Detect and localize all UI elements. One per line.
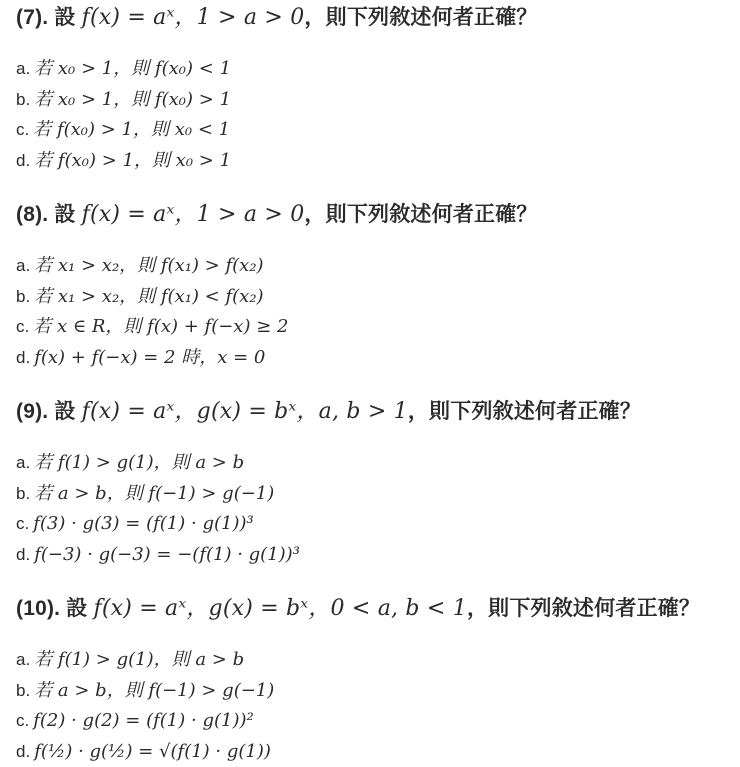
- question-title: (8). 設 f(x) = aˣ，1 > a > 0，則下列敘述何者正確？: [16, 197, 740, 233]
- question-condition: f(x) = aˣ，1 > a > 0: [82, 5, 305, 30]
- question-prompt: ，則下列敘述何者正確？: [304, 6, 537, 29]
- option-text: 若 x₁ > x₂，則 f(x₁) > f(x₂): [34, 255, 263, 276]
- option-list: a.若 x₁ > x₂，則 f(x₁) > f(x₂) b.若 x₁ > x₂，…: [16, 251, 740, 373]
- option-a: a.若 f(1) > g(1)，則 a > b: [16, 448, 740, 479]
- question-title: (9). 設 f(x) = aˣ，g(x) = bˣ，a, b > 1，則下列敘…: [16, 394, 740, 430]
- option-label: a.: [16, 453, 30, 472]
- option-text: 若 a > b，則 f(−1) > g(−1): [34, 483, 274, 504]
- question-prefix: 設: [54, 400, 75, 423]
- question-condition: f(x) = aˣ，1 > a > 0: [82, 202, 305, 227]
- option-text: f(−3) · g(−3) = −(f(1) · g(1))³: [34, 544, 300, 565]
- option-text: 若 x₀ > 1，則 f(x₀) > 1: [34, 89, 231, 110]
- option-text: 若 f(1) > g(1)，則 a > b: [34, 649, 244, 670]
- option-label: d.: [16, 545, 30, 564]
- question-prompt: ，則下列敘述何者正確？: [467, 597, 700, 620]
- question-title: (10). 設 f(x) = aˣ，g(x) = bˣ，0 < a, b < 1…: [16, 591, 740, 627]
- option-c: c.若 x ∈ R，則 f(x) + f(−x) ≥ 2: [16, 312, 740, 343]
- option-list: a.若 x₀ > 1，則 f(x₀) < 1 b.若 x₀ > 1，則 f(x₀…: [16, 54, 740, 176]
- option-text: 若 x₁ > x₂，則 f(x₁) < f(x₂): [34, 286, 263, 307]
- option-list: a.若 f(1) > g(1)，則 a > b b.若 a > b，則 f(−1…: [16, 645, 740, 767]
- question-document: (7). 設 f(x) = aˣ，1 > a > 0，則下列敘述何者正確？ a.…: [0, 0, 740, 767]
- option-label: b.: [16, 681, 30, 700]
- option-text: f(3) · g(3) = (f(1) · g(1))³: [33, 513, 253, 534]
- question-prefix: 設: [66, 597, 87, 620]
- option-text: 若 a > b，則 f(−1) > g(−1): [34, 680, 274, 701]
- question-number: (9).: [16, 400, 48, 423]
- option-a: a.若 x₁ > x₂，則 f(x₁) > f(x₂): [16, 251, 740, 282]
- option-d: d.若 f(x₀) > 1，則 x₀ > 1: [16, 146, 740, 177]
- option-label: b.: [16, 90, 30, 109]
- option-d: d.f(−3) · g(−3) = −(f(1) · g(1))³: [16, 540, 740, 571]
- question-10: (10). 設 f(x) = aˣ，g(x) = bˣ，0 < a, b < 1…: [16, 591, 740, 767]
- option-text: f(x) + f(−x) = 2 時，x = 0: [34, 347, 265, 368]
- option-d: d.f(x) + f(−x) = 2 時，x = 0: [16, 343, 740, 374]
- option-b: b.若 x₁ > x₂，則 f(x₁) < f(x₂): [16, 282, 740, 313]
- question-number: (7).: [16, 6, 48, 29]
- question-prompt: ，則下列敘述何者正確？: [304, 203, 537, 226]
- option-text: f(½) · g(½) = √(f(1) · g(1)): [34, 741, 271, 762]
- option-b: b.若 x₀ > 1，則 f(x₀) > 1: [16, 85, 740, 116]
- option-text: 若 x ∈ R，則 f(x) + f(−x) ≥ 2: [33, 316, 288, 337]
- question-prefix: 設: [54, 6, 75, 29]
- option-text: 若 f(x₀) > 1，則 x₀ < 1: [33, 119, 230, 140]
- question-prefix: 設: [54, 203, 75, 226]
- option-c: c.f(3) · g(3) = (f(1) · g(1))³: [16, 509, 740, 540]
- option-label: c.: [16, 711, 29, 730]
- option-d: d.f(½) · g(½) = √(f(1) · g(1)): [16, 737, 740, 767]
- option-label: d.: [16, 742, 30, 761]
- option-text: f(2) · g(2) = (f(1) · g(1))²: [33, 710, 253, 731]
- option-a: a.若 f(1) > g(1)，則 a > b: [16, 645, 740, 676]
- option-text: 若 f(1) > g(1)，則 a > b: [34, 452, 244, 473]
- option-text: 若 f(x₀) > 1，則 x₀ > 1: [34, 150, 231, 171]
- option-b: b.若 a > b，則 f(−1) > g(−1): [16, 676, 740, 707]
- option-b: b.若 a > b，則 f(−1) > g(−1): [16, 479, 740, 510]
- question-condition: f(x) = aˣ，g(x) = bˣ，a, b > 1: [82, 399, 408, 424]
- option-list: a.若 f(1) > g(1)，則 a > b b.若 a > b，則 f(−1…: [16, 448, 740, 570]
- option-label: a.: [16, 650, 30, 669]
- question-number: (10).: [16, 597, 60, 620]
- option-label: a.: [16, 256, 30, 275]
- option-label: c.: [16, 120, 29, 139]
- option-text: 若 x₀ > 1，則 f(x₀) < 1: [34, 58, 231, 79]
- option-label: b.: [16, 287, 30, 306]
- option-label: d.: [16, 348, 30, 367]
- option-label: b.: [16, 484, 30, 503]
- question-8: (8). 設 f(x) = aˣ，1 > a > 0，則下列敘述何者正確？ a.…: [16, 197, 740, 373]
- option-c: c.f(2) · g(2) = (f(1) · g(1))²: [16, 706, 740, 737]
- question-title: (7). 設 f(x) = aˣ，1 > a > 0，則下列敘述何者正確？: [16, 0, 740, 36]
- option-a: a.若 x₀ > 1，則 f(x₀) < 1: [16, 54, 740, 85]
- option-c: c.若 f(x₀) > 1，則 x₀ < 1: [16, 115, 740, 146]
- question-7: (7). 設 f(x) = aˣ，1 > a > 0，則下列敘述何者正確？ a.…: [16, 0, 740, 176]
- question-number: (8).: [16, 203, 48, 226]
- question-prompt: ，則下列敘述何者正確？: [408, 400, 641, 423]
- option-label: c.: [16, 317, 29, 336]
- option-label: d.: [16, 151, 30, 170]
- question-9: (9). 設 f(x) = aˣ，g(x) = bˣ，a, b > 1，則下列敘…: [16, 394, 740, 570]
- option-label: a.: [16, 59, 30, 78]
- option-label: c.: [16, 514, 29, 533]
- question-condition: f(x) = aˣ，g(x) = bˣ，0 < a, b < 1: [93, 596, 466, 621]
